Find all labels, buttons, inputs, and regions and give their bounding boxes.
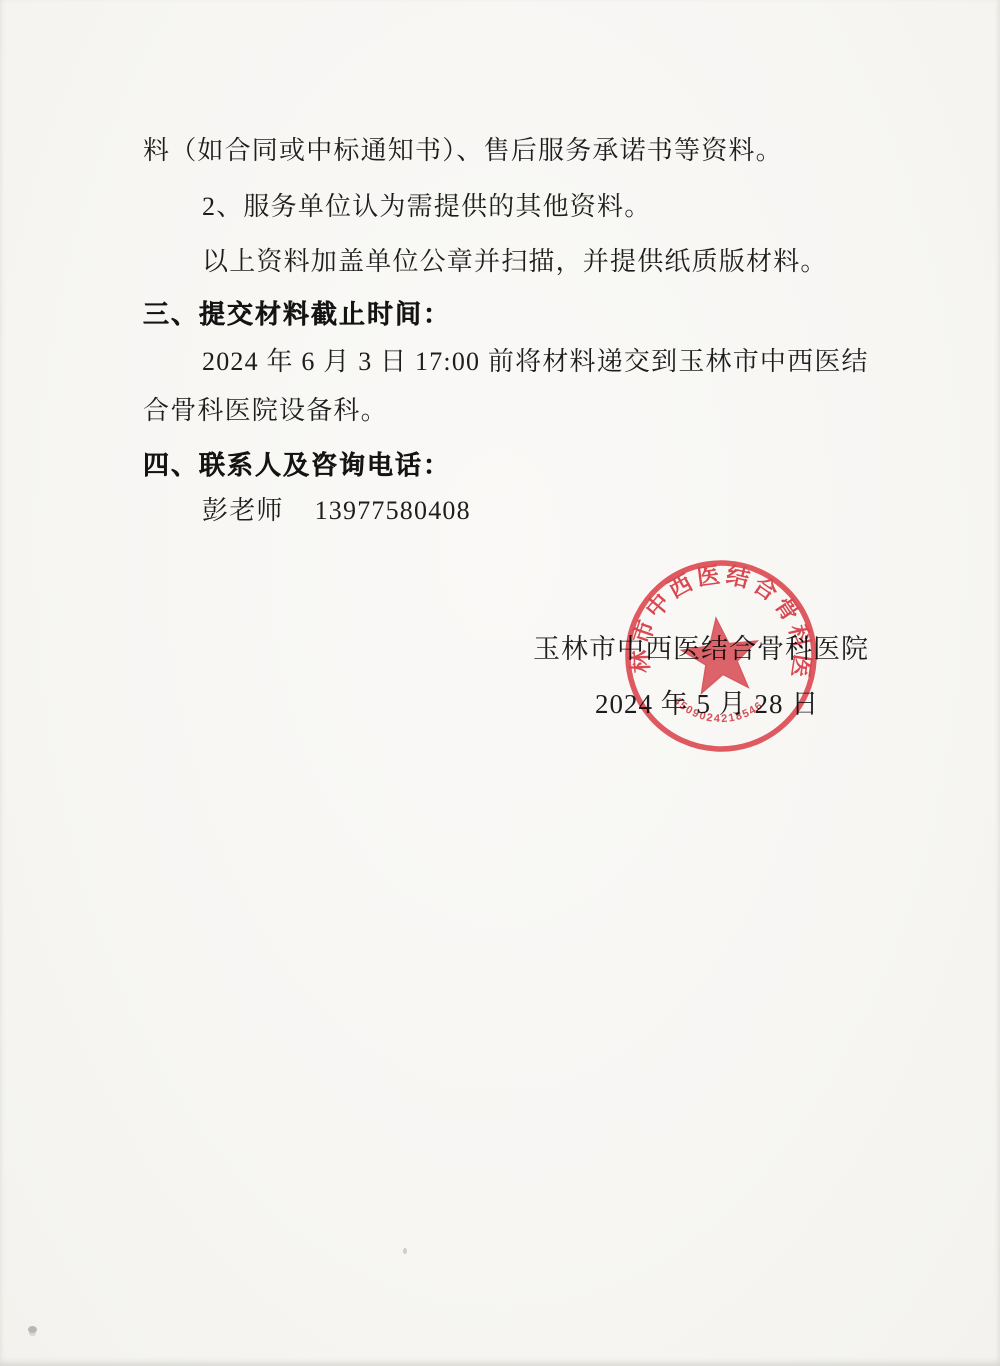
paragraph-continuation-line: 料（如合同或中标通知书）、售后服务承诺书等资料。 xyxy=(143,138,783,164)
official-seal: 玉林市中西医结合骨科医院 4509024218546 xyxy=(605,540,836,771)
note-line: 以上资料加盖单位公章并扫描，并提供纸质版材料。 xyxy=(202,249,828,275)
section-heading-3: 三、提交材料截止时间： xyxy=(143,301,451,327)
document-page: 料（如合同或中标通知书）、售后服务承诺书等资料。 2、服务单位认为需提供的其他资… xyxy=(0,0,1000,1366)
deadline-line-1: 2024 年 6 月 3 日 17:00 前将材料递交到玉林市中西医结 xyxy=(202,349,869,375)
deadline-line-2: 合骨科医院设备科。 xyxy=(143,398,388,424)
section-heading-4: 四、联系人及咨询电话： xyxy=(143,452,451,478)
seal-star-icon xyxy=(678,614,762,695)
contact-name: 彭老师 xyxy=(202,498,284,524)
contact-phone: 13977580408 xyxy=(315,498,471,524)
seal-code: 4509024218546 xyxy=(670,694,767,727)
scan-speck xyxy=(403,1248,407,1254)
contact-row: 彭老师 13977580408 xyxy=(202,498,471,524)
scan-speck xyxy=(28,1326,37,1333)
list-item-2: 2、服务单位认为需提供的其他资料。 xyxy=(202,194,651,220)
